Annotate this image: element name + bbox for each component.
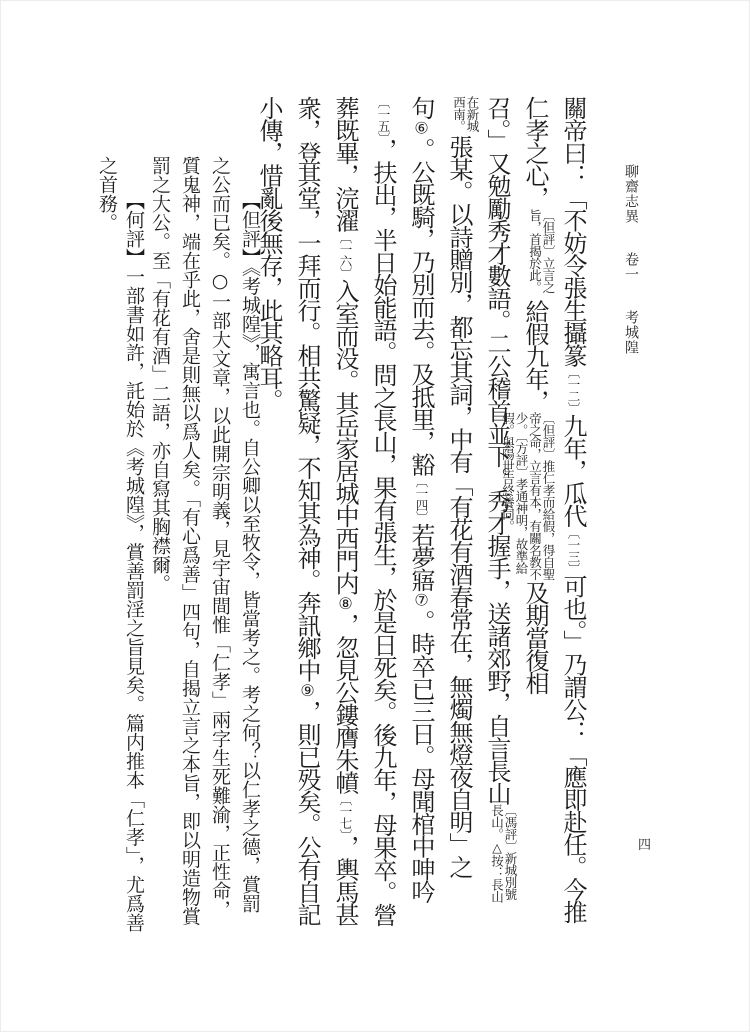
main-text-run: 張某。以詩贈別，都忘其詞，中有「有花有酒春常在，無燭無燈夜自明」之 <box>445 135 473 878</box>
footnote-marker: 〔一五〕 <box>376 96 391 138</box>
main-text-run: 召。」又勉勵秀才數語。二公稽首並下。秀才握手，送諸郊野，自言長山 <box>483 96 511 804</box>
running-title: 聊齋志異卷一考城隍 <box>617 164 641 684</box>
main-text-run: 仁孝之心， <box>521 96 549 209</box>
commentary-column: 質鬼神，端在乎此，舍是則無以爲人矣。「有心爲善」四句，自揭立言之本旨，即以明造物… <box>177 156 203 956</box>
commentary-column: 【但評】《考城隍》，寓言也。自公卿以至牧令，皆當考之。考之何？以仁孝之德，賞罰 <box>237 191 263 991</box>
commentary-column: 【何評】一部書如許，託始於《考城隍》，賞善罰淫之旨見矣。篇内推本「仁孝」，尤爲善 <box>121 191 147 991</box>
commentary-column: 之公而已矣。○一部大文章，以此開宗明義，見宇宙間惟「仁孝」兩字生死難渝，正性命， <box>207 156 233 956</box>
main-text-run: 。公既騎，乃別而去。及抵里，豁 <box>407 138 435 476</box>
main-text-run: 若夢寤 <box>407 523 435 591</box>
main-text-run: 可也。」乃謂公：「應即赴任。今推 <box>559 575 587 923</box>
main-text-run: 入室而没。其岳家居城中西門内 <box>331 279 359 594</box>
text-column: 句⑥。公既騎，乃別而去。及抵里，豁〔一四〕若夢寤⑦。時卒已三日。母聞棺中呻吟 <box>401 96 441 976</box>
main-text-run: ，則已殁矣。公有自記 <box>293 700 321 925</box>
main-text-run: 關帝曰：「不妨令張生攝篆 <box>559 96 587 366</box>
inline-commentary: 〔馮評〕新城別號長山。△按：長山 <box>490 804 517 908</box>
commentary-column: 之首務。 <box>94 156 120 956</box>
text-column: 關帝曰：「不妨令張生攝篆〔一二〕九年，瓜代〔一三〕可也。」乃謂公：「應即赴任。今… <box>553 96 593 976</box>
main-text-run: ，輿馬甚 <box>331 835 359 925</box>
chapter-title: 考城隍 <box>623 310 639 355</box>
text-column: 衆，登其堂，一拜而行。相共驚疑，不知其為神。奔訊鄉中⑨，則已殁矣。公有自記 <box>287 96 327 976</box>
main-text-run: ，扶出，半日始能語。問之長山，果有張生，於是日死矣。後九年，母果卒。營 <box>369 138 397 926</box>
note-number: ⑦ <box>412 591 431 610</box>
commentary-column: 罰之大公。至「有花有酒」二語，亦自寫其胸襟爾。 <box>147 156 173 956</box>
main-text-run: 。時卒已三日。母聞棺中呻吟 <box>407 610 435 903</box>
note-number: ⑥ <box>412 119 431 138</box>
main-text-run: 句 <box>407 96 435 119</box>
main-text-run: 葬既畢，浣濯 <box>331 96 359 231</box>
text-column: 葬既畢，浣濯〔一六〕入室而没。其岳家居城中西門内⑧，忽見公鏤膺朱幩〔一七〕，輿馬… <box>325 96 365 976</box>
footnote-marker: 〔一二〕 <box>566 366 581 414</box>
text-column: 仁孝之心，〔但評〕立言之旨，首揭於此。給假九年，〔但評〕推仁孝而給假，得自聖帝之… <box>515 96 555 976</box>
book-title: 聊齋志異 <box>623 164 639 224</box>
text-column: 召。」又勉勵秀才數語。二公稽首並下。秀才握手，送諸郊野，自言長山〔馮評〕新城別號… <box>477 96 517 976</box>
footnote-marker: 〔一四〕 <box>414 475 429 523</box>
footnote-marker: 〔一三〕 <box>566 527 581 575</box>
page-number: 四 <box>638 834 651 853</box>
footnote-marker: 〔一七〕 <box>338 793 353 835</box>
text-column: 〔一五〕，扶出，半日始能語。問之長山，果有張生，於是日死矣。後九年，母果卒。營 <box>363 96 403 976</box>
main-text-run: 衆，登其堂，一拜而行。相共驚疑，不知其為神。奔訊鄉中 <box>293 96 321 681</box>
main-text-run: 九年，瓜代 <box>559 414 587 527</box>
note-number: ⑧ <box>336 594 355 613</box>
scanned-book-page: 聊齋志異卷一考城隍 四 關帝曰：「不妨令張生攝篆〔一二〕九年，瓜代〔一三〕可也。… <box>0 0 750 1032</box>
main-text-run: ，忽見公鏤膺朱幩 <box>331 613 359 793</box>
inline-commentary: 在新城西南。 <box>452 96 479 135</box>
note-number: ⑨ <box>298 681 317 700</box>
text-column: 在新城西南。張某。以詩贈別，都忘其詞，中有「有花有酒春常在，無燭無燈夜自明」之 <box>439 96 479 976</box>
main-text-run: 給假九年， <box>521 300 549 413</box>
main-text-run: 及期當復相 <box>521 581 549 694</box>
footnote-marker: 〔一六〕 <box>338 231 353 279</box>
volume-label: 卷一 <box>623 252 639 282</box>
inline-commentary: 〔但評〕立言之旨，首揭於此。 <box>528 209 555 300</box>
